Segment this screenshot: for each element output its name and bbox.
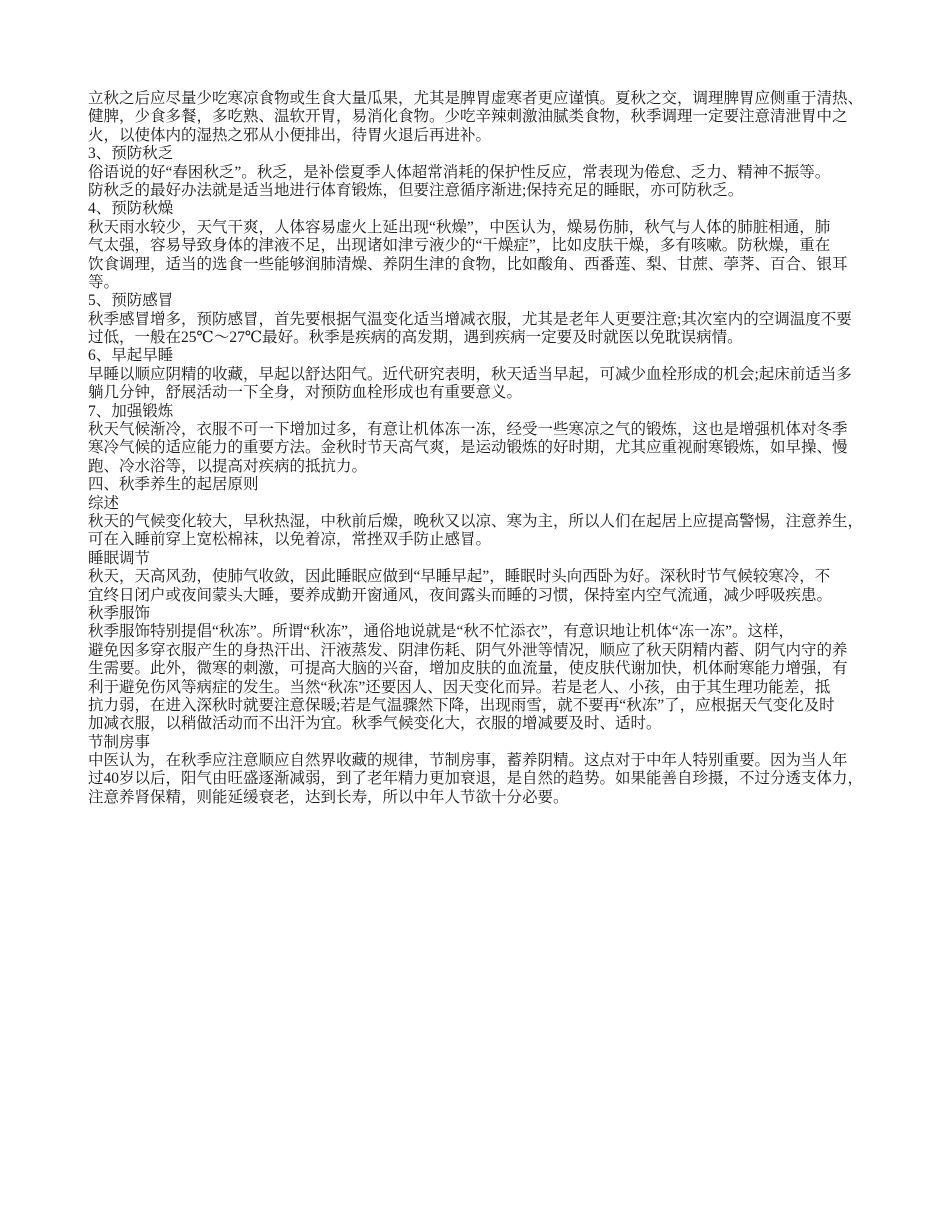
paragraph-line: 过40岁以后，阳气由旺盛逐渐减弱，到了老年精力更加衰退，是自然的趋势。如果能善自…: [88, 770, 888, 788]
paragraph-line: 秋季感冒增多，预防感冒，首先要根据气温变化适当增减衣服，尤其是老年人更要注意;其…: [88, 311, 888, 329]
paragraph-line: 躺几分钟，舒展活动一下全身，对预防血栓形成也有重要意义。: [88, 384, 888, 402]
paragraph-line: 注意养肾保精，则能延缓衰老，达到长寿，所以中年人节欲十分必要。: [88, 789, 888, 807]
paragraph-line: 避免因多穿衣服产生的身热汗出、汗液蒸发、阴津伤耗、阴气外泄等情况，顺应了秋天阴精…: [88, 642, 888, 660]
paragraph-line: 健脾，少食多餐，多吃熟、温软开胃，易消化食物。少吃辛辣刺激油腻类食物，秋季调理一…: [88, 108, 888, 126]
article-body: 立秋之后应尽量少吃寒凉食物或生食大量瓜果，尤其是脾胃虚寒者更应谨慎。夏秋之交，调…: [88, 90, 888, 807]
paragraph-line: 早睡以顺应阴精的收藏，早起以舒达阳气。近代研究表明，秋天适当早起，可减少血栓形成…: [88, 366, 888, 384]
section-subheading: 综述: [88, 495, 888, 513]
paragraph-line: 俗语说的好“春困秋乏”。秋乏，是补偿夏季人体超常消耗的保护性反应，常表现为倦怠、…: [88, 164, 888, 182]
paragraph-line: 加减衣服，以稍做活动而不出汗为宜。秋季气候变化大，衣服的增减要及时、适时。: [88, 715, 888, 733]
paragraph-line: 中医认为，在秋季应注意顺应自然界收藏的规律，节制房事，蓄养阴精。这点对于中年人特…: [88, 752, 888, 770]
paragraph-line: 立秋之后应尽量少吃寒凉食物或生食大量瓜果，尤其是脾胃虚寒者更应谨慎。夏秋之交，调…: [88, 90, 888, 108]
paragraph-line: 宜终日闭户或夜间蒙头大睡，要养成勤开窗通风，夜间露头而睡的习惯，保持室内空气流通…: [88, 587, 888, 605]
paragraph-line: 跑、冷水浴等，以提高对疾病的抵抗力。: [88, 458, 888, 476]
paragraph-line: 秋天的气候变化较大，早秋热湿，中秋前后燥，晚秋又以凉、寒为主，所以人们在起居上应…: [88, 513, 888, 531]
paragraph-line: 生需要。此外，微寒的刺激，可提高大脑的兴奋，增加皮肤的血流量，使皮肤代谢加快，机…: [88, 660, 888, 678]
section-heading: 6、早起早睡: [88, 347, 888, 365]
paragraph-line: 秋季服饰特别提倡“秋冻”。所谓“秋冻”，通俗地说就是“秋不忙添衣”，有意识地让机…: [88, 623, 888, 641]
section-heading: 四、秋季养生的起居原则: [88, 476, 888, 494]
paragraph-line: 等。: [88, 274, 888, 292]
paragraph-line: 饮食调理，适当的选食一些能够润肺清燥、养阴生津的食物，比如酸角、西番莲、梨、甘蔗…: [88, 256, 888, 274]
paragraph-line: 抗力弱，在进入深秋时就要注意保暖;若是气温骤然下降，出现雨雪，就不要再“秋冻”了…: [88, 697, 888, 715]
paragraph-line: 秋天气候渐冷，衣服不可一下增加过多，有意让机体冻一冻，经受一些寒凉之气的锻炼，这…: [88, 421, 888, 439]
paragraph-line: 可在入睡前穿上宽松棉袜，以免着凉，常挫双手防止感冒。: [88, 531, 888, 549]
paragraph-line: 秋天，天高风劲，使肺气收敛，因此睡眠应做到“早睡早起”，睡眠时头向西卧为好。深秋…: [88, 568, 888, 586]
section-subheading: 节制房事: [88, 734, 888, 752]
section-subheading: 睡眠调节: [88, 550, 888, 568]
paragraph-line: 过低，一般在25℃～27℃最好。秋季是疾病的高发期，遇到疾病一定要及时就医以免耽…: [88, 329, 888, 347]
section-heading: 4、预防秋燥: [88, 200, 888, 218]
section-heading: 5、预防感冒: [88, 292, 888, 310]
paragraph-line: 火，以使体内的湿热之邪从小便排出，待胃火退后再进补。: [88, 127, 888, 145]
section-heading: 7、加强锻炼: [88, 403, 888, 421]
paragraph-line: 寒冷气候的适应能力的重要方法。金秋时节天高气爽，是运动锻炼的好时期，尤其应重视耐…: [88, 439, 888, 457]
paragraph-line: 防秋乏的最好办法就是适当地进行体育锻炼，但要注意循序渐进;保持充足的睡眠，亦可防…: [88, 182, 888, 200]
section-subheading: 秋季服饰: [88, 605, 888, 623]
paragraph-line: 气太强，容易导致身体的津液不足，出现诸如津亏液少的“干燥症”，比如皮肤干燥，多有…: [88, 237, 888, 255]
paragraph-line: 秋天雨水较少，天气干爽，人体容易虚火上延出现“秋燥”，中医认为，燥易伤肺，秋气与…: [88, 219, 888, 237]
section-heading: 3、预防秋乏: [88, 145, 888, 163]
paragraph-line: 利于避免伤风等病症的发生。当然“秋冻”还要因人、因天变化而异。若是老人、小孩，由…: [88, 679, 888, 697]
